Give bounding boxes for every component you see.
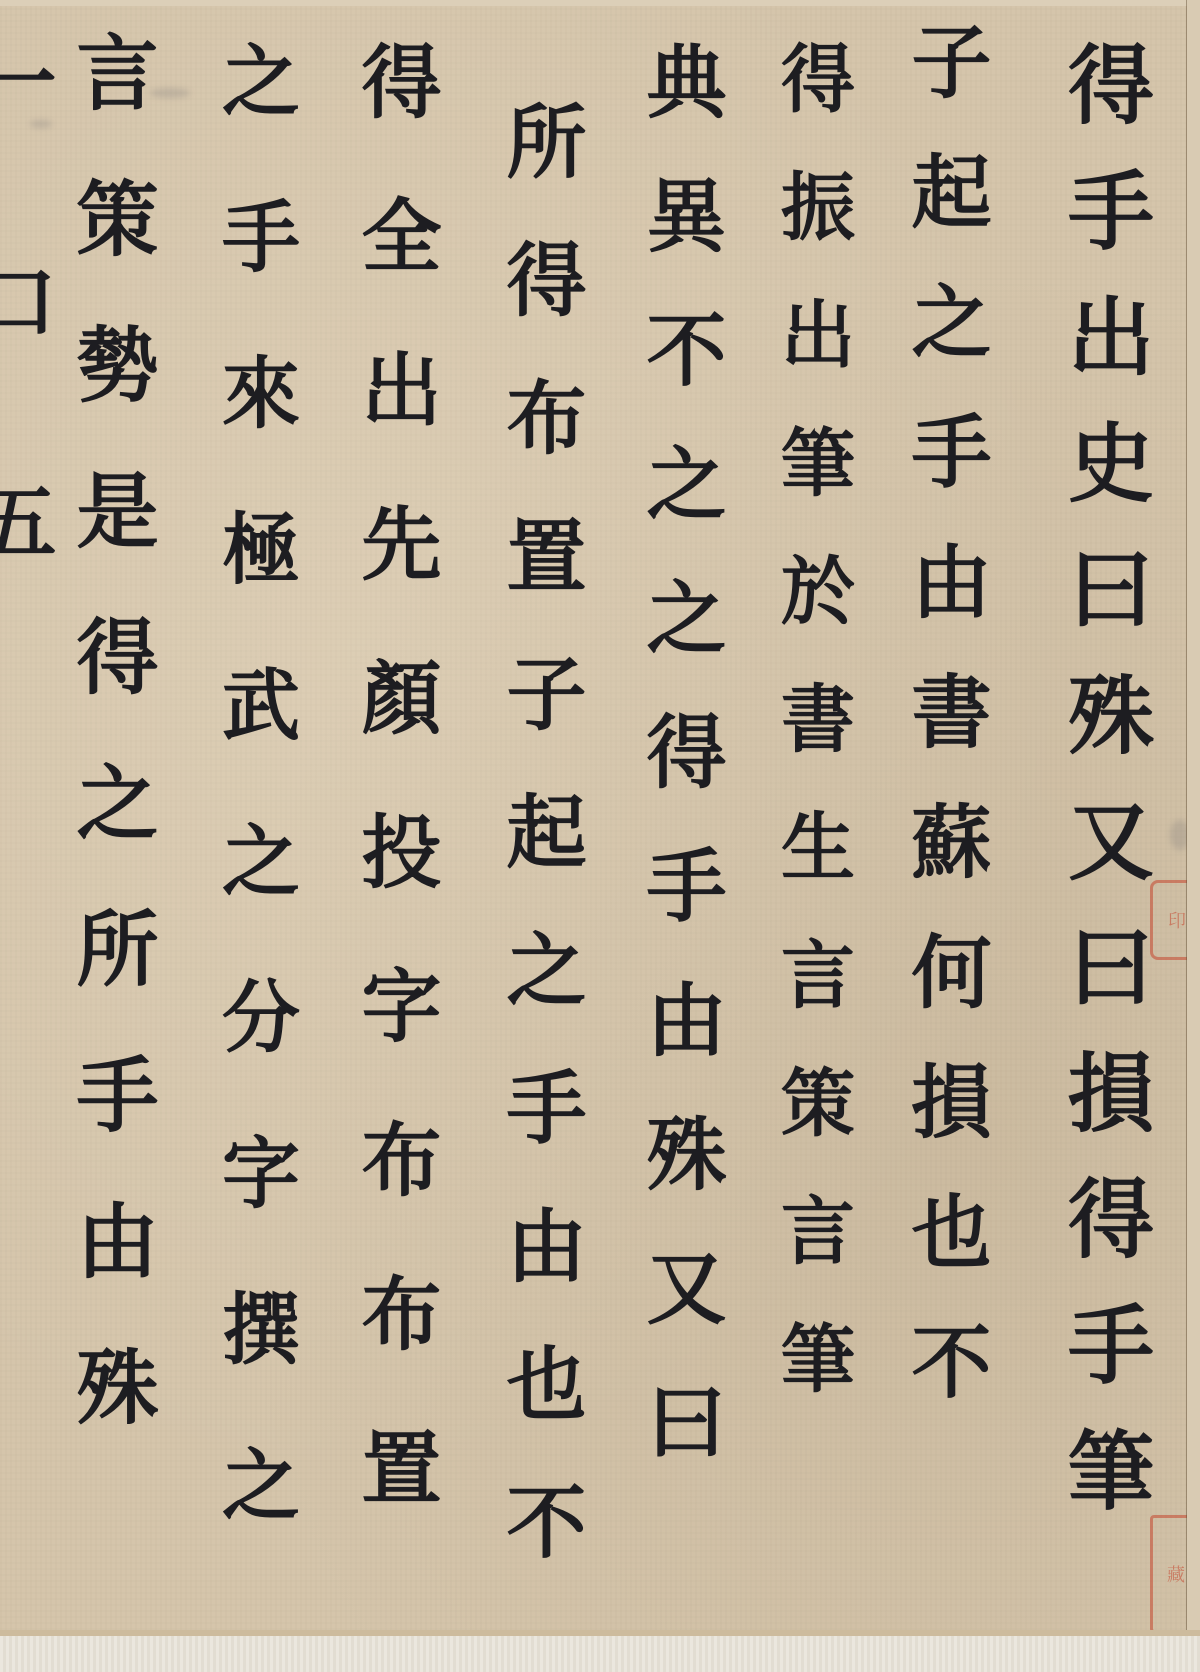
calligraphy-column-7: 之手來極武之分字撰之 [215,40,293,1600]
right-mount-strip [1187,0,1200,1636]
calligraphy-column-3: 得振出筆於書生言策言筆 [775,40,849,1448]
calligraphy-column-5: 所得布置子起之手由也不 [500,100,580,1618]
silk-mount-band [0,1636,1200,1672]
calligraphy-column-9: 一口五 [0,40,50,700]
calligraphy-column-8: 言策勢是得之所手由殊 [70,30,152,1490]
top-edge [0,0,1200,6]
calligraphy-column-1: 得手出史曰殊又曰損得手筆 [1060,40,1146,1552]
calligraphy-column-6: 得全出先顏投字布布置 [355,40,435,1580]
calligraphy-column-4: 典異不之之得手由殊又曰 [640,40,720,1514]
paper-scroll: 得手出史曰殊又曰損得手筆 子起之手由書蘇何損也不 得振出筆於書生言策言筆 典異不… [0,0,1200,1636]
calligraphy-column-2: 子起之手由書蘇何損也不 [905,20,985,1450]
